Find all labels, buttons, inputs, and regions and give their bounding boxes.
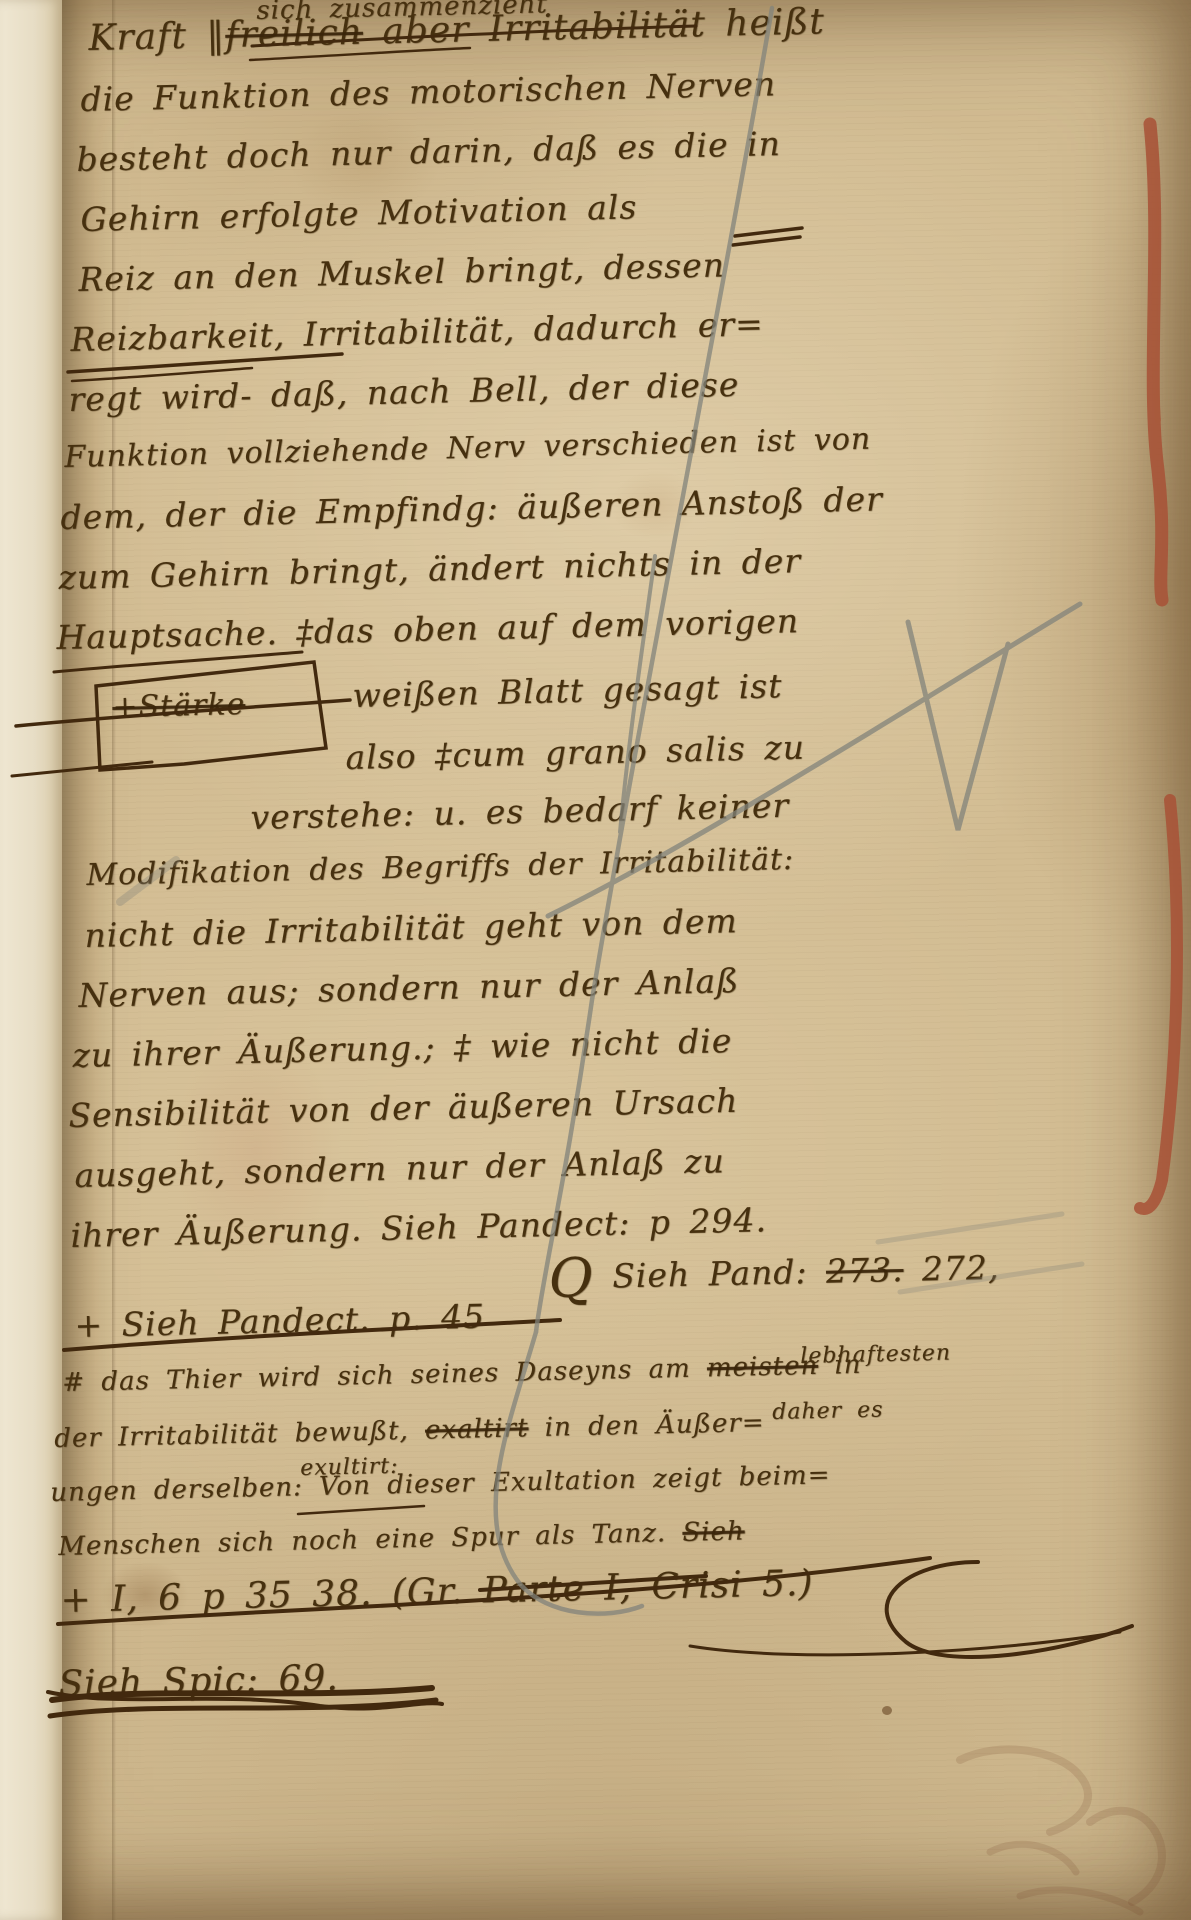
pencil-check-mark — [908, 622, 1008, 830]
manuscript-line-04: Gehirn erfolgte Motivation als — [80, 187, 638, 239]
red-chalk-group — [1140, 124, 1177, 1209]
boxed-note-staerke: +Stärke — [112, 687, 246, 725]
manuscript-page: sich zusammenzieht Kraft ‖freilich aber … — [0, 0, 1191, 1920]
red-chalk-mark-upper — [1150, 124, 1162, 600]
manuscript-line-07: regt wird- daß, nach Bell, der diese — [68, 365, 740, 419]
annotation-4-struck: Sieh — [682, 1516, 745, 1547]
manuscript-line-01: Kraft ‖freilich aber Irritabilität heißt — [88, 1, 825, 59]
annotation-line-3: ungen derselben: Von dieser Exultation z… — [50, 1460, 831, 1508]
line-01-struck-word: freilich — [225, 12, 364, 56]
red-chalk-mark-lower — [1140, 800, 1177, 1209]
small-ink-dot — [882, 1706, 892, 1715]
exultirt-underline — [298, 1506, 424, 1514]
reference-line-2-crossed: Sieh Spic: 69. — [58, 1658, 339, 1705]
annotation-1-end: in — [818, 1350, 862, 1381]
line-01-start: Kraft ‖ — [88, 15, 226, 59]
red-chalk-mark-upper-overlay — [1153, 150, 1158, 420]
manuscript-line-06: Reizbarkeit, Irritabilität, dadurch er= — [70, 304, 764, 359]
manuscript-line-19: Sensibilität von der äußeren Ursach — [68, 1081, 739, 1135]
ghost-mark-1 — [960, 1749, 1088, 1832]
manuscript-line-18: zu ihrer Äußerung.; ‡ wie nicht die — [72, 1021, 733, 1075]
manuscript-line-21: ihrer Äußerung. Sieh Pandect: p 294. — [70, 1200, 767, 1255]
reference-line-1-crossed: + I, 6 p 35 38. (Gr. Parte I, Crisi 5.) — [60, 1563, 814, 1621]
annotation-1-struck: meisten — [707, 1351, 819, 1384]
manuscript-line-12: weißen Blatt gesagt ist — [352, 666, 783, 715]
manuscript-line-08: Funktion vollziehende Nerv verschieden i… — [64, 422, 872, 475]
manuscript-line-16: nicht die Irritabilität geht von dem — [84, 901, 738, 955]
annotation-4-start: Menschen sich noch eine Spur als Tanz. — [58, 1518, 683, 1562]
manuscript-line-03: besteht doch nur darin, daß es die in — [76, 124, 781, 179]
reference1-flourish-curve — [887, 1562, 1132, 1657]
line-22-struck-number: 273. — [826, 1250, 904, 1291]
manuscript-line-15: Modifikation des Begriffs der Irritabili… — [86, 842, 794, 893]
line-22-end: 272, — [903, 1248, 1000, 1289]
manuscript-line-20: ausgeht, sondern nur der Anlaß zu — [74, 1141, 725, 1195]
annotation-line-1: # das Thier wird sich seines Daseyns am … — [62, 1350, 862, 1398]
manuscript-line-09: dem, der die Empfindg: äußeren Anstoß de… — [60, 479, 883, 537]
motivation-scribble — [733, 228, 802, 245]
insertion-siglum-q: Q — [548, 1246, 595, 1310]
ghost-mark-4 — [1020, 1890, 1140, 1912]
manuscript-line-10: zum Gehirn bringt, ändert nichts in der — [58, 541, 801, 597]
annotation-1-start: # das Thier wird sich seines Daseyns am — [62, 1353, 707, 1398]
annotation-line-2: der Irritabilität bewußt, exaltirt in de… — [54, 1408, 765, 1454]
manuscript-line-05: Reiz an den Muskel bringt, dessen — [78, 245, 725, 299]
manuscript-line-11: Hauptsache. ‡das oben auf dem vorigen — [56, 601, 799, 657]
annotation-2-end: in den Äußer= — [528, 1408, 765, 1443]
annotation-2-struck: exaltirt — [425, 1413, 529, 1445]
manuscript-line-02: die Funktion des motorischen Nerven — [80, 64, 776, 119]
manuscript-line-13: also ‡cum grano salis zu — [345, 728, 805, 777]
manuscript-line-17: Nerven aus; sondern nur der Anlaß — [78, 961, 740, 1015]
previous-page-edge — [0, 0, 62, 1920]
ghost-offset-marks — [960, 1749, 1162, 1912]
ghost-mark-3 — [990, 1844, 1076, 1872]
line-22-text: Sieh Pand: — [593, 1252, 826, 1296]
interlinear-insertion-a2: daher es — [772, 1397, 884, 1425]
ghost-mark-2 — [1090, 1811, 1162, 1902]
annotation-line-4: Menschen sich noch eine Spur als Tanz. S… — [58, 1516, 745, 1562]
manuscript-line-14: verstehe: u. es bedarf keiner — [250, 786, 790, 837]
manuscript-line-23-crossed: + Sieh Pandect. p. 45 — [74, 1297, 485, 1345]
manuscript-line-22: Q Sieh Pand: 273. 272, — [548, 1248, 1000, 1297]
reference1-flourish-tail — [690, 1632, 1120, 1655]
